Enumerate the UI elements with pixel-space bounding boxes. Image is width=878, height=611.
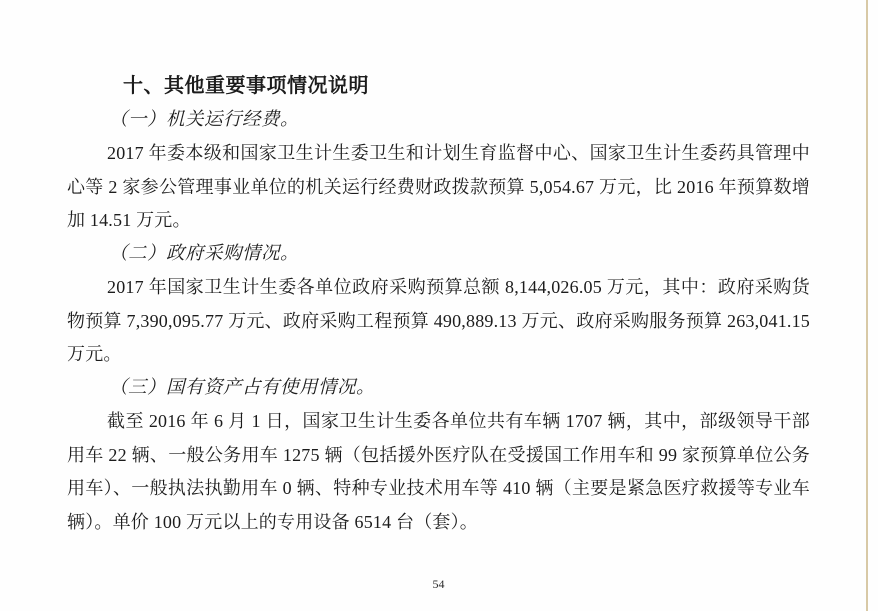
page-number: 54 [67,577,810,592]
subsection-title-3: （三）国有资产占有使用情况。 [67,372,810,406]
subsection-title-2: （二）政府采购情况。 [67,238,810,272]
section-heading: 十、其他重要事项情况说明 [67,70,810,104]
paragraph-state-assets: 截至 2016 年 6 月 1 日，国家卫生计生委各单位共有车辆 1707 辆，… [67,405,810,539]
page-edge-line [866,0,868,611]
subsection-title-1: （一）机关运行经费。 [67,104,810,138]
paragraph-operating-expenses: 2017 年委本级和国家卫生计生委卫生和计划生育监督中心、国家卫生计生委药具管理… [67,137,810,238]
document-page: 十、其他重要事项情况说明 （一）机关运行经费。 2017 年委本级和国家卫生计生… [0,0,878,611]
document-content: 十、其他重要事项情况说明 （一）机关运行经费。 2017 年委本级和国家卫生计生… [0,0,878,592]
paragraph-government-procurement: 2017 年国家卫生计生委各单位政府采购预算总额 8,144,026.05 万元… [67,271,810,372]
